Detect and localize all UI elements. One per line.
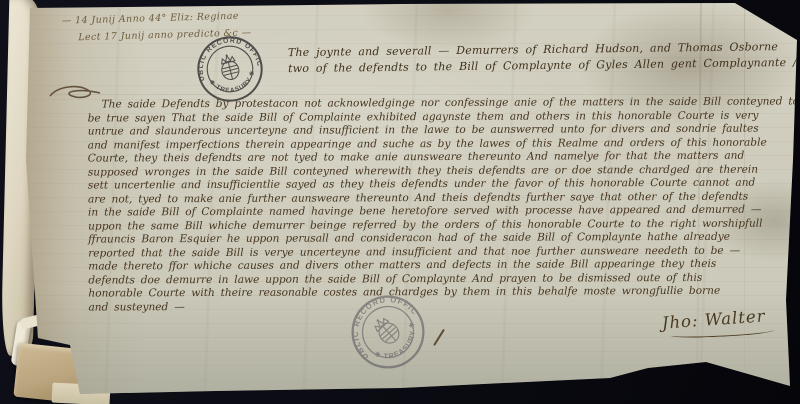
parchment-sheet: — 14 Junij Anno 44° Eliz: Reginae Lect 1… bbox=[22, 2, 798, 400]
royal-crest-icon bbox=[370, 313, 403, 347]
demurrer-body-text: The saide Defendts by protestacon not ac… bbox=[88, 95, 795, 314]
horizontal-crease bbox=[53, 94, 767, 95]
document-photo: — 14 Junij Anno 44° Eliz: Reginae Lect 1… bbox=[0, 0, 800, 404]
signature: Jho: Walter bbox=[661, 306, 767, 340]
royal-crest-icon bbox=[218, 52, 241, 81]
document-title: The joynte and severall — Demurrers of R… bbox=[288, 39, 797, 76]
